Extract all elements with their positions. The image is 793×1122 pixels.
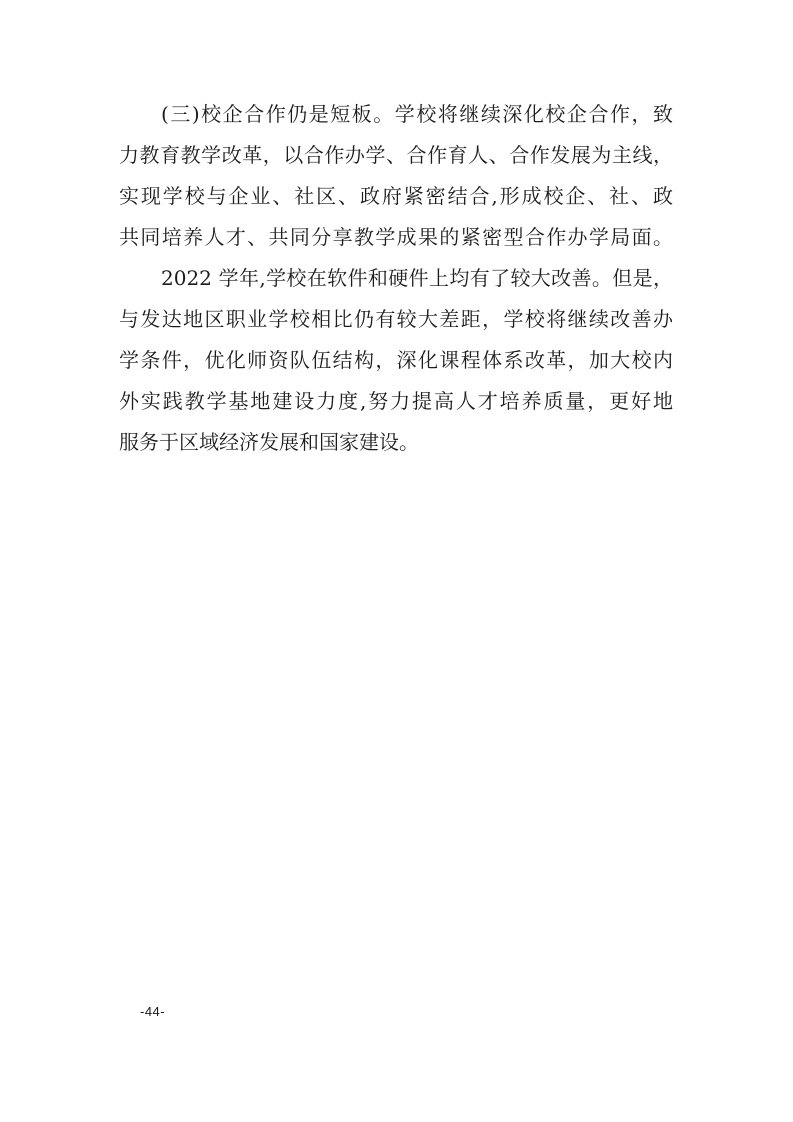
document-page: (三)校企合作仍是短板。学校将继续深化校企合作，致 力教育教学改革，以合作办学、…: [0, 0, 793, 1122]
text-line: 与发达地区职业学校相比仍有较大差距，学校将继续改善办: [119, 299, 673, 340]
text-line: 共同培养人才、共同分享教学成果的紧密型合作办学局面。: [119, 217, 673, 258]
text-line: 力教育教学改革，以合作办学、合作育人、合作发展为主线，: [119, 135, 673, 176]
page-number-footer: -44-: [140, 1004, 165, 1019]
text-line: 服务于区域经济发展和国家建设。: [119, 422, 673, 463]
text-line: (三)校企合作仍是短板。学校将继续深化校企合作，致: [119, 94, 673, 135]
text-line: 外实践教学基地建设力度,努力提高人才培养质量，更好地: [119, 381, 673, 422]
paragraph-school-enterprise-cooperation: (三)校企合作仍是短板。学校将继续深化校企合作，致 力教育教学改革，以合作办学、…: [119, 94, 673, 258]
text-line: 学条件，优化师资队伍结构，深化课程体系改革，加大校内: [119, 340, 673, 381]
text-block: (三)校企合作仍是短板。学校将继续深化校企合作，致 力教育教学改革，以合作办学、…: [119, 94, 673, 463]
paragraph-2022-improvements: 2022 学年,学校在软件和硬件上均有了较大改善。但是， 与发达地区职业学校相比…: [119, 258, 673, 463]
text-line: 2022 学年,学校在软件和硬件上均有了较大改善。但是，: [119, 258, 673, 299]
text-line: 实现学校与企业、社区、政府紧密结合,形成校企、社、政: [119, 176, 673, 217]
